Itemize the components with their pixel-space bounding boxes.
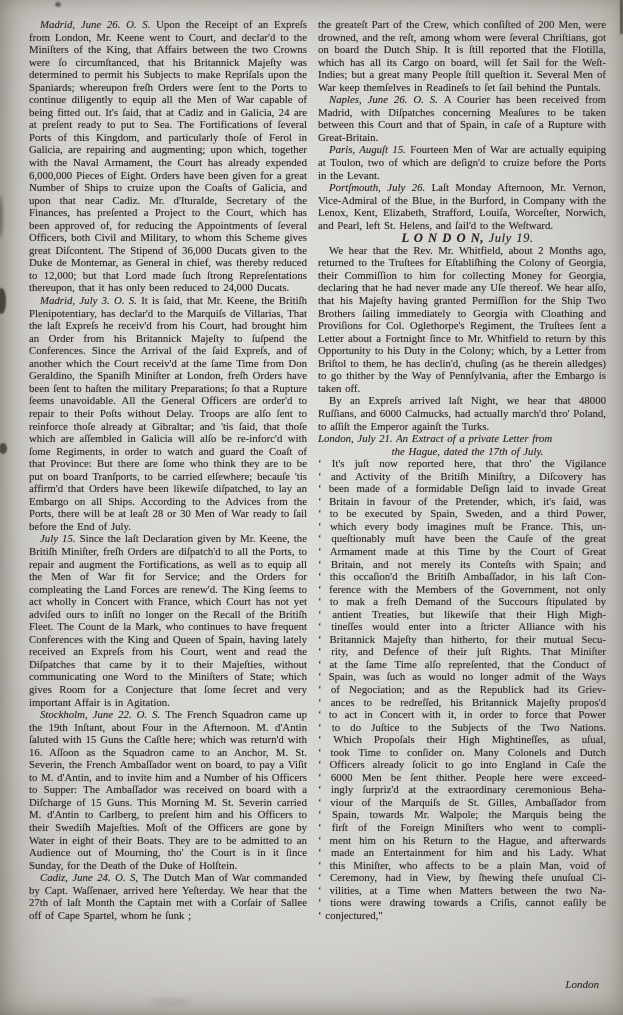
- news-paragraph: Paris, Auguſt 15. Fourteen Men of War ar…: [318, 144, 606, 182]
- dateline: July 15.: [40, 533, 80, 545]
- news-paragraph: Portſmouth, July 26. Laſt Monday Afterno…: [318, 182, 606, 232]
- scan-artifact-top-dot: [55, 2, 61, 7]
- letter-line: ‘ Ceremony, had in View, by ſhewing theſ…: [318, 872, 606, 885]
- letter-line: ‘ Officers already ſolicit to go into En…: [318, 759, 606, 772]
- letter-line: ‘ Britain in favour of the Pretender, wh…: [318, 496, 606, 509]
- letter-line: ‘ which every body imagines muſt be Fran…: [318, 521, 606, 534]
- dateline: Stockholm, June 22. O. S.: [40, 709, 165, 721]
- letter-line-last: ‘ conjectured,": [318, 910, 606, 923]
- dateline: Cadiz, June 24. O. S,: [40, 872, 143, 884]
- news-paragraph: We hear that the Rev. Mr. Whitfield, abo…: [318, 245, 606, 396]
- dateline: Madrid, June 26. O. S.: [40, 19, 156, 31]
- letter-line: ‘ this Miniſter, who affects to be a pla…: [318, 860, 606, 873]
- news-paragraph: Madrid, July 3. O. S. It is ſaid, that M…: [29, 295, 307, 533]
- paragraph-text: We hear that the Rev. Mr. Whitfield, abo…: [318, 245, 606, 395]
- letter-line: ‘ viour of the Marquiſs de St. Gilles, A…: [318, 797, 606, 810]
- dateline: Portſmouth, July 26.: [329, 182, 432, 194]
- news-paragraph: Naples, June 26. O. S. A Courier has bee…: [318, 94, 606, 144]
- letter-line: ‘ made an Entertainment for him and his …: [318, 847, 606, 860]
- letter-line: ‘ to act in Concert with it, in order to…: [318, 709, 606, 722]
- letter-line: ‘ tions were drawing towards a Criſis, c…: [318, 897, 606, 910]
- paragraph-text: Since the laſt Declaration given by Mr. …: [29, 533, 307, 708]
- letter-line: ‘ to do Juſtice to the Subjects of the T…: [318, 722, 606, 735]
- paragraph-text: It is ſaid, that Mr. Keene, the Britiſh …: [29, 295, 307, 533]
- letter-line: ‘ ances to be redreſſed, his Britannick …: [318, 697, 606, 710]
- paragraph-text: Upon the Receipt of an Expreſs from Lond…: [29, 19, 307, 294]
- letter-line: ‘ antient Treaties, but likewiſe that th…: [318, 609, 606, 622]
- letter-line: ‘ 6000 Men be ſent thither. People here …: [318, 772, 606, 785]
- dateline: Madrid, July 3. O. S.: [40, 295, 141, 307]
- letter-line: ‘ ment him on his Return to the Hague, a…: [318, 835, 606, 848]
- paragraph-text: By an Expreſs arrived laſt Night, we hea…: [318, 395, 606, 432]
- letter-line: ‘ of Negociation; and as the Republick h…: [318, 684, 606, 697]
- letter-line: ‘ tineſſes would enter into a ſtricter A…: [318, 621, 606, 634]
- news-paragraph: July 15. Since the laſt Declaration give…: [29, 533, 307, 709]
- dateline: Paris, Auguſt 15.: [329, 144, 410, 156]
- letter-heading-line2: the Hague, dated the 17th of July.: [318, 446, 606, 459]
- letter-line: ‘ Armament made at this Time by the Cour…: [318, 546, 606, 559]
- letter-line: ‘ to mak a freſh Demand of the Succours …: [318, 596, 606, 609]
- london-heading-city: L O N D O N,: [401, 231, 484, 245]
- letter-line: ‘ ference with the Members of the Govern…: [318, 584, 606, 597]
- letter-line: ‘ Which Propoſals their High Mightineſſe…: [318, 734, 606, 747]
- letter-line: ‘ queſtionably muſt have been the Cauſe …: [318, 533, 606, 546]
- letter-line: ‘ at the ſame Time alſo repreſented, tha…: [318, 659, 606, 672]
- left-column: Madrid, June 26. O. S. Upon the Receipt …: [29, 19, 307, 1009]
- paragraph-text: the greateſt Part of the Crew, which con…: [318, 19, 606, 94]
- news-paragraph: Stockholm, June 22. O. S. The French Squ…: [29, 709, 307, 872]
- letter-line: ‘ took Time to conſider on. Many Colonel…: [318, 747, 606, 760]
- london-heading-date: July 19.: [484, 231, 534, 245]
- scan-artifact-left-dot: [0, 443, 7, 454]
- letter-line: ‘ ingly ſurpriz'd at the extraordinary c…: [318, 784, 606, 797]
- newspaper-page-scan: Madrid, June 26. O. S. Upon the Receipt …: [0, 0, 623, 1015]
- letter-line: ‘ firſt of the Foreign Miniſters who wen…: [318, 822, 606, 835]
- dateline: Naples, June 26. O. S.: [329, 94, 444, 106]
- news-paragraph: Cadiz, June 24. O. S, The Dutch Man of W…: [29, 872, 307, 922]
- news-paragraph-continuation: the greateſt Part of the Crew, which con…: [318, 19, 606, 94]
- letter-heading-line1: London, July 21. An Extract of a private…: [318, 433, 606, 446]
- letter-line: ‘ Britain, and not merely its Conteſts w…: [318, 559, 606, 572]
- quoted-letter: ‘ It's juſt now reported here, that thro…: [318, 458, 606, 910]
- letter-line: ‘ been made of a formidable Deſign laid …: [318, 483, 606, 496]
- letter-line: ‘ to be executed by Spain, Sweden, and a…: [318, 508, 606, 521]
- scan-artifact-bottom-smudge: [150, 998, 192, 1006]
- catchword: London: [565, 979, 599, 991]
- letter-line: ‘ Spain, was ſuch as would no longer adm…: [318, 671, 606, 684]
- letter-line: ‘ this occaſion'd the Britiſh Ambaſſador…: [318, 571, 606, 584]
- letter-line: ‘ Britannick Majeſty than hitherto, for …: [318, 634, 606, 647]
- london-section-heading: L O N D O N, July 19.: [318, 232, 606, 245]
- news-paragraph: Madrid, June 26. O. S. Upon the Receipt …: [29, 19, 307, 295]
- news-paragraph: By an Expreſs arrived laſt Night, we hea…: [318, 395, 606, 433]
- right-column: the greateſt Part of the Crew, which con…: [318, 19, 606, 1011]
- letter-line: ‘ It's juſt now reported here, that thro…: [318, 458, 606, 471]
- paragraph-text: The French Squadron came up the 19th Inſ…: [29, 709, 307, 872]
- scan-artifact-left-streak: [0, 196, 3, 238]
- letter-line: ‘ vilities, at a Time when Matters betwe…: [318, 885, 606, 898]
- letter-line: ‘ rity, and Defence of their juſt Rights…: [318, 646, 606, 659]
- letter-line: ‘ Spain, towards Mr. Walpole; the Marqui…: [318, 809, 606, 822]
- letter-line: ‘ and Activity of the Britiſh Miniſtry, …: [318, 471, 606, 484]
- scan-artifact-left-smudge: [0, 288, 6, 314]
